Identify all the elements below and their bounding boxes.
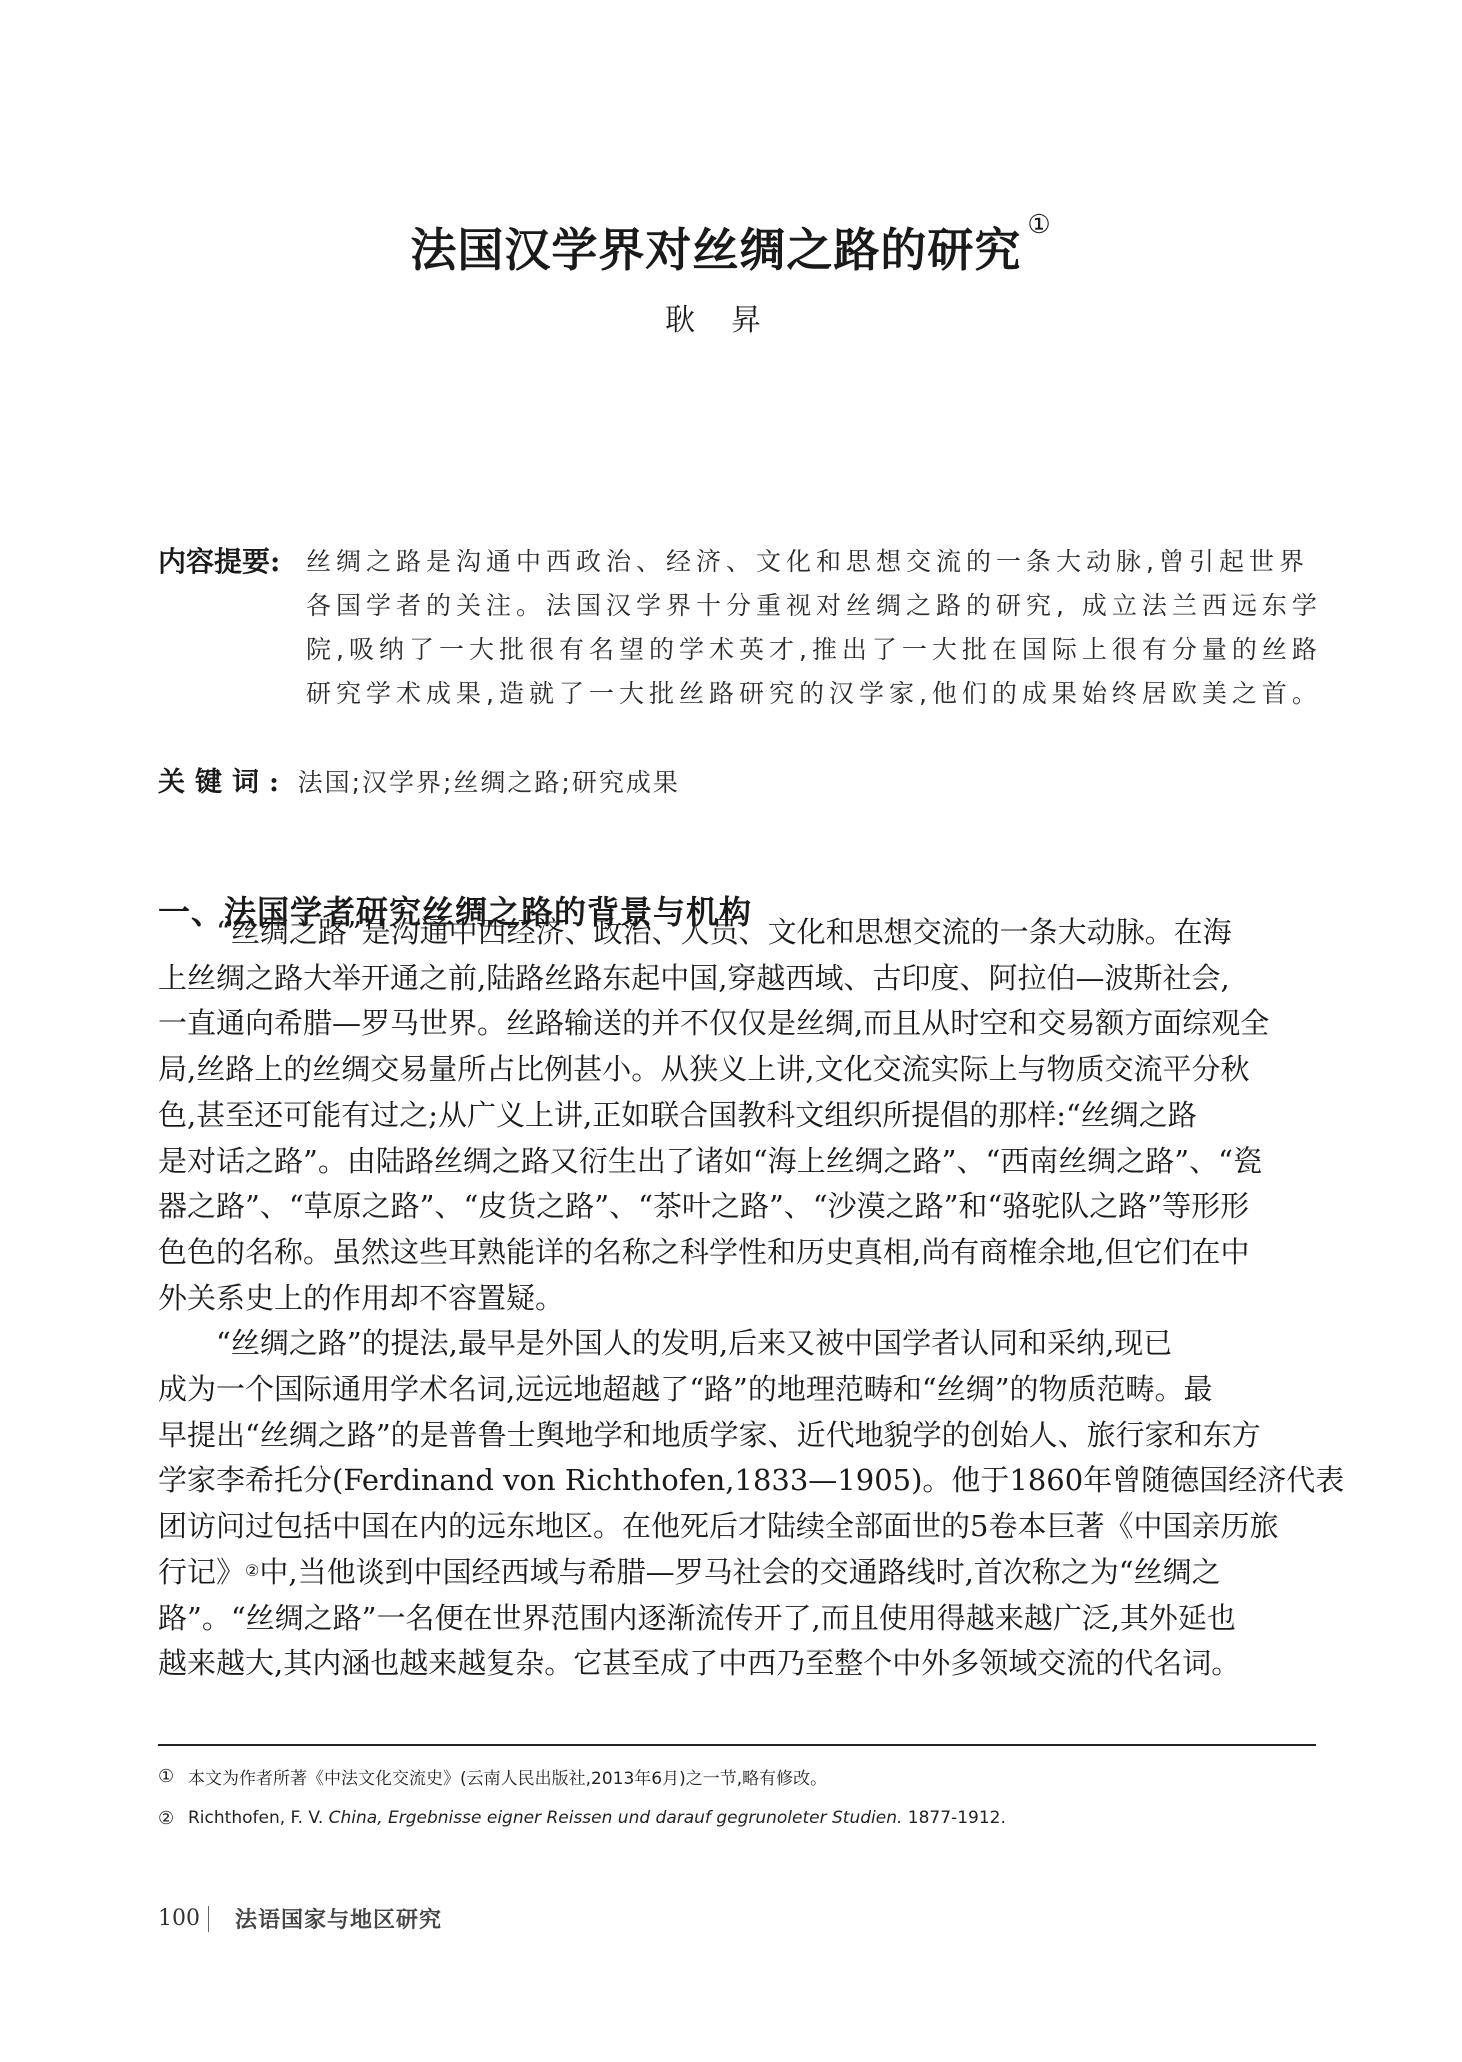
title-footnote-marker[interactable]: ① <box>1027 210 1051 240</box>
journal-name: 法语国家与地区研究 <box>235 1903 442 1934</box>
paragraph-1-line: 是对话之路”。由陆路丝绸之路又衍生出了诸如“海上丝绸之路”、“西南丝绸之路”、“… <box>158 1139 1318 1185</box>
article-title: 法国汉学界对丝绸之路的研究① <box>0 214 1462 280</box>
paragraph-1-line: 色,甚至还可能有过之;从广义上讲,正如联合国教科文组织所提倡的那样:“丝绸之路 <box>158 1093 1318 1139</box>
abstract-line: 院,吸纳了一大批很有名望的学术英才,推出了一大批在国际上很有分量的丝路 <box>306 628 1318 672</box>
paragraph-2-line: 行记》②中,当他谈到中国经西域与希腊—罗马社会的交通路线时,首次称之为“丝绸之 <box>158 1550 1318 1596</box>
footnote-2: ② Richthofen, F. V. China, Ergebnisse ei… <box>158 1800 1318 1836</box>
body-text: “丝绸之路”是沟通中西经济、政治、人员、文化和思想交流的一条大动脉。在海 上丝绸… <box>158 910 1318 1687</box>
paragraph-2-line: 路”。“丝绸之路”一名便在世界范围内逐渐流传开了,而且使用得越来越广泛,其外延也 <box>158 1596 1318 1642</box>
footnote-2-years: 1877-1912. <box>908 1808 1006 1828</box>
paragraph-2-text: 行记》 <box>158 1555 245 1589</box>
abstract-text: 丝绸之路是沟通中西政治、经济、文化和思想交流的一条大动脉,曾引起世界 各国学者的… <box>306 540 1318 716</box>
keywords-label: 关键词: <box>158 767 289 798</box>
paragraph-1-line: 一直通向希腊—罗马世界。丝路输送的并不仅仅是丝绸,而且从时空和交易额方面综观全 <box>158 1001 1318 1047</box>
footnote-2-marker[interactable]: ② <box>245 1561 259 1580</box>
paragraph-2-line: 越来越大,其内涵也越来越复杂。它甚至成了中西乃至整个中外多领域交流的代名词。 <box>158 1641 1318 1687</box>
page-number: 100 <box>158 1906 208 1931</box>
paragraph-1-line: 器之路”、“草原之路”、“皮货之路”、“茶叶之路”、“沙漠之路”和“骆驼队之路”… <box>158 1184 1318 1230</box>
article-title-text: 法国汉学界对丝绸之路的研究 <box>410 223 1021 277</box>
paragraph-1-line: 局,丝路上的丝绸交易量所占比例甚小。从狭义上讲,文化交流实际上与物质交流平分秋 <box>158 1047 1318 1093</box>
paragraph-2-line: “丝绸之路”的提法,最早是外国人的发明,后来又被中国学者认同和采纳,现已 <box>158 1321 1318 1367</box>
footnote-1: ① 本文为作者所著《中法文化交流史》(云南人民出版社,2013年6月)之一节,略… <box>158 1758 1318 1794</box>
paragraph-2-text: 中,当他谈到中国经西域与希腊—罗马社会的交通路线时,首次称之为“丝绸之 <box>259 1555 1220 1589</box>
abstract-line: 丝绸之路是沟通中西政治、经济、文化和思想交流的一条大动脉,曾引起世界 <box>306 540 1318 584</box>
paragraph-1-line: 上丝绸之路大举开通之前,陆路丝路东起中国,穿越西域、古印度、阿拉伯—波斯社会, <box>158 956 1318 1002</box>
footer-divider <box>208 1906 209 1932</box>
footnote-1-mark: ① <box>158 1766 188 1787</box>
paragraph-2-line: 团访问过包括中国在内的远东地区。在他死后才陆续全部面世的5卷本巨著《中国亲历旅 <box>158 1504 1318 1550</box>
paragraph-1-line: “丝绸之路”是沟通中西经济、政治、人员、文化和思想交流的一条大动脉。在海 <box>158 910 1318 956</box>
abstract-label: 内容提要: <box>158 540 280 584</box>
keywords-block: 关键词: 法国;汉学界;丝绸之路;研究成果 <box>158 760 680 799</box>
paragraph-2-line: 早提出“丝绸之路”的是普鲁士舆地学和地质学家、近代地貌学的创始人、旅行家和东方 <box>158 1413 1318 1459</box>
footnote-2-mark: ② <box>158 1808 188 1829</box>
paragraph-1-line: 色色的名称。虽然这些耳熟能详的名称之科学性和历史真相,尚有商榷余地,但它们在中 <box>158 1230 1318 1276</box>
abstract-block: 内容提要: 丝绸之路是沟通中西政治、经济、文化和思想交流的一条大动脉,曾引起世界… <box>158 540 1318 716</box>
footnote-1-text: 本文为作者所著《中法文化交流史》(云南人民出版社,2013年6月)之一节,略有修… <box>188 1764 827 1789</box>
footnote-divider <box>158 1744 1316 1746</box>
paragraph-1-line: 外关系史上的作用却不容置疑。 <box>158 1276 1318 1322</box>
abstract-line: 各国学者的关注。法国汉学界十分重视对丝绸之路的研究, 成立法兰西远东学 <box>306 584 1318 628</box>
paragraph-2-line: 成为一个国际通用学术名词,远远地超越了“路”的地理范畴和“丝绸”的物质范畴。最 <box>158 1367 1318 1413</box>
footnote-2-author: Richthofen, F. V. <box>188 1808 323 1828</box>
footnotes: ① 本文为作者所著《中法文化交流史》(云南人民出版社,2013年6月)之一节,略… <box>158 1758 1318 1842</box>
page-footer: 100 法语国家与地区研究 <box>158 1903 442 1934</box>
keywords-value: 法国;汉学界;丝绸之路;研究成果 <box>298 768 680 797</box>
footnote-2-title: China, Ergebnisse eigner Reissen und dar… <box>329 1808 903 1828</box>
abstract-line: 研究学术成果,造就了一大批丝路研究的汉学家,他们的成果始终居欧美之首。 <box>306 672 1318 716</box>
paragraph-2-line: 学家李希托分(Ferdinand von Richthofen,1833—190… <box>158 1458 1318 1504</box>
author-name: 耿昇 <box>0 295 1462 339</box>
